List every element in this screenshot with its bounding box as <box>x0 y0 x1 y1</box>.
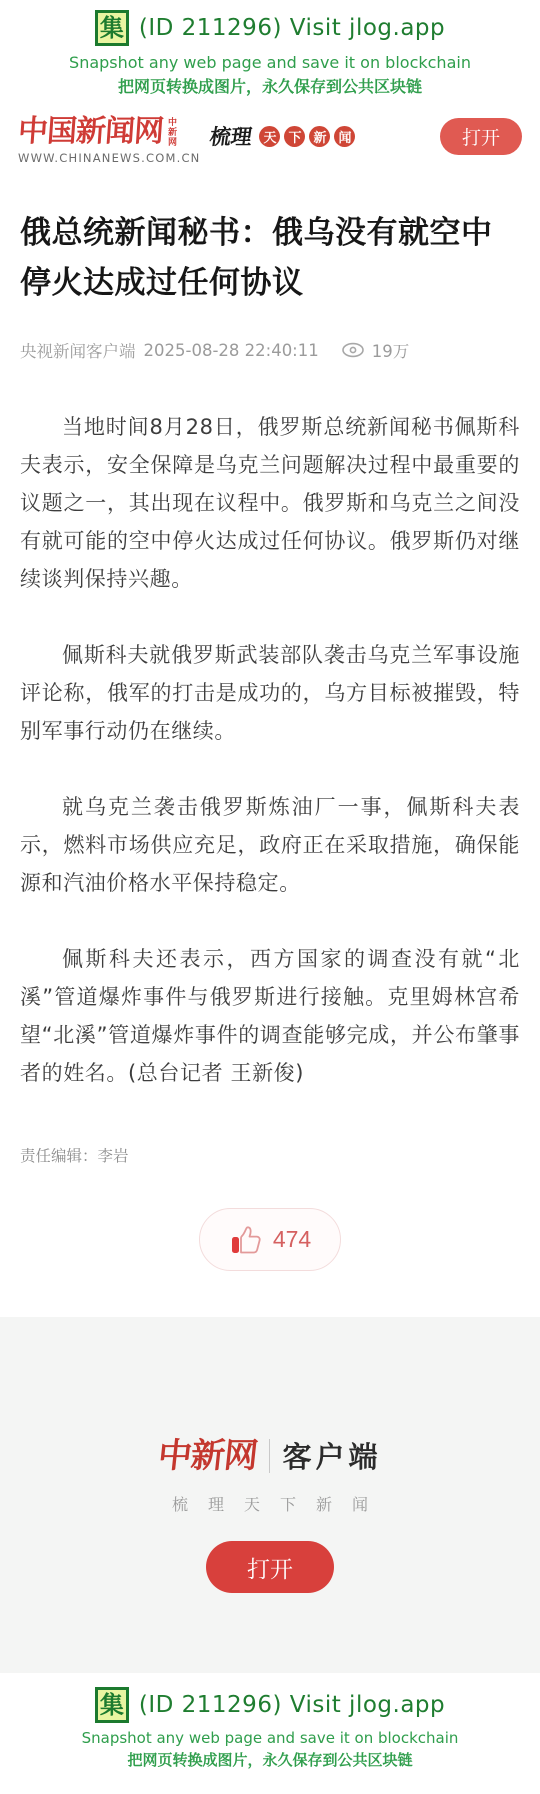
banner-subtitle-en: Snapshot any web page and save it on blo… <box>0 53 540 72</box>
footer-logo: 中新网 客户端 <box>158 1435 381 1476</box>
slogan-seals: 梳理 天 下 新 闻 <box>210 121 355 151</box>
article-paragraph-4: 佩斯科夫还表示，西方国家的调查没有就“北溪”管道爆炸事件与俄罗斯进行接触。克里姆… <box>20 940 520 1092</box>
banner-id-row[interactable]: 集 (ID 211296) Visit jlog.app <box>0 10 540 46</box>
article-byline: 央视新闻客户端 2025-08-28 22:40:11 19万 <box>20 338 520 362</box>
article-paragraph-3: 就乌克兰袭击俄罗斯炼油厂一事，佩斯科夫表示，燃料市场供应充足，政府正在采取措施，… <box>20 788 520 902</box>
banner-id-text: (ID 211296) Visit jlog.app <box>139 15 445 41</box>
site-header: 中国新闻网 中新网 WWW.CHINANEWS.COM.CN 梳理 天 下 新 … <box>0 109 540 171</box>
like-button[interactable]: 474 <box>199 1208 341 1271</box>
chinanews-logo-calligraphy: 中国新闻网 <box>17 117 164 147</box>
open-app-button-footer[interactable]: 打开 <box>206 1541 334 1593</box>
banner-subtitle-zh-bottom: 把网页转换成图片，永久保存到公共区块链 <box>0 1749 540 1770</box>
footer-logo-divider <box>269 1439 270 1473</box>
view-count: 19万 <box>372 338 410 362</box>
slogan-seal-3: 新 <box>309 126 330 147</box>
open-app-button-header[interactable]: 打开 <box>440 118 522 155</box>
article-source: 央视新闻客户端 <box>20 338 136 362</box>
article-paragraph-2: 佩斯科夫就俄罗斯武装部队袭击乌克兰军事设施评论称，俄军的打击是成功的，乌方目标被… <box>20 636 520 750</box>
editor-credit: 责任编辑：李岩 <box>20 1144 520 1166</box>
blockchain-banner-top: 集 (ID 211296) Visit jlog.app Snapshot an… <box>0 0 540 109</box>
blockchain-banner-bottom: 集 (ID 211296) Visit jlog.app Snapshot an… <box>0 1673 540 1782</box>
thumbs-up-icon <box>229 1224 263 1256</box>
footer-tagline: 梳理天下新闻 <box>152 1492 388 1515</box>
banner-subtitle-en-bottom: Snapshot any web page and save it on blo… <box>0 1729 540 1747</box>
slogan-prefix-text: 梳理 <box>208 121 254 151</box>
like-count: 474 <box>273 1226 311 1253</box>
banner-subtitle-zh: 把网页转换成图片，永久保存到公共区块链 <box>0 74 540 97</box>
article-paragraph-1: 当地时间8月28日，俄罗斯总统新闻秘书佩斯科夫表示，安全保障是乌克兰问题解决过程… <box>20 408 520 598</box>
like-button-area: 474 <box>20 1208 520 1313</box>
ji-logo-icon: 集 <box>95 10 129 46</box>
app-footer: 中新网 客户端 梳理天下新闻 打开 <box>0 1317 540 1673</box>
slogan-seal-2: 下 <box>284 126 305 147</box>
chinanews-logo[interactable]: 中国新闻网 中新网 WWW.CHINANEWS.COM.CN <box>18 117 200 165</box>
banner-id-row-bottom[interactable]: 集 (ID 211296) Visit jlog.app <box>0 1687 540 1723</box>
article-title: 俄总统新闻秘书：俄乌没有就空中停火达成过任何协议 <box>20 209 520 308</box>
banner-id-text-bottom: (ID 211296) Visit jlog.app <box>139 1692 445 1718</box>
footer-logo-calligraphy: 中新网 <box>157 1439 260 1473</box>
article-datetime: 2025-08-28 22:40:11 <box>144 341 319 360</box>
eye-icon <box>341 341 365 359</box>
slogan-seal-1: 天 <box>259 126 280 147</box>
ji-logo-icon-bottom: 集 <box>95 1687 129 1723</box>
article-body: 俄总统新闻秘书：俄乌没有就空中停火达成过任何协议 央视新闻客户端 2025-08… <box>0 209 540 1313</box>
views-group: 19万 <box>341 338 410 362</box>
footer-client-label: 客户端 <box>282 1435 381 1476</box>
slogan-seal-4: 闻 <box>334 126 355 147</box>
chinanews-logo-side-text: 中新网 <box>166 117 175 147</box>
chinanews-url: WWW.CHINANEWS.COM.CN <box>18 151 200 165</box>
